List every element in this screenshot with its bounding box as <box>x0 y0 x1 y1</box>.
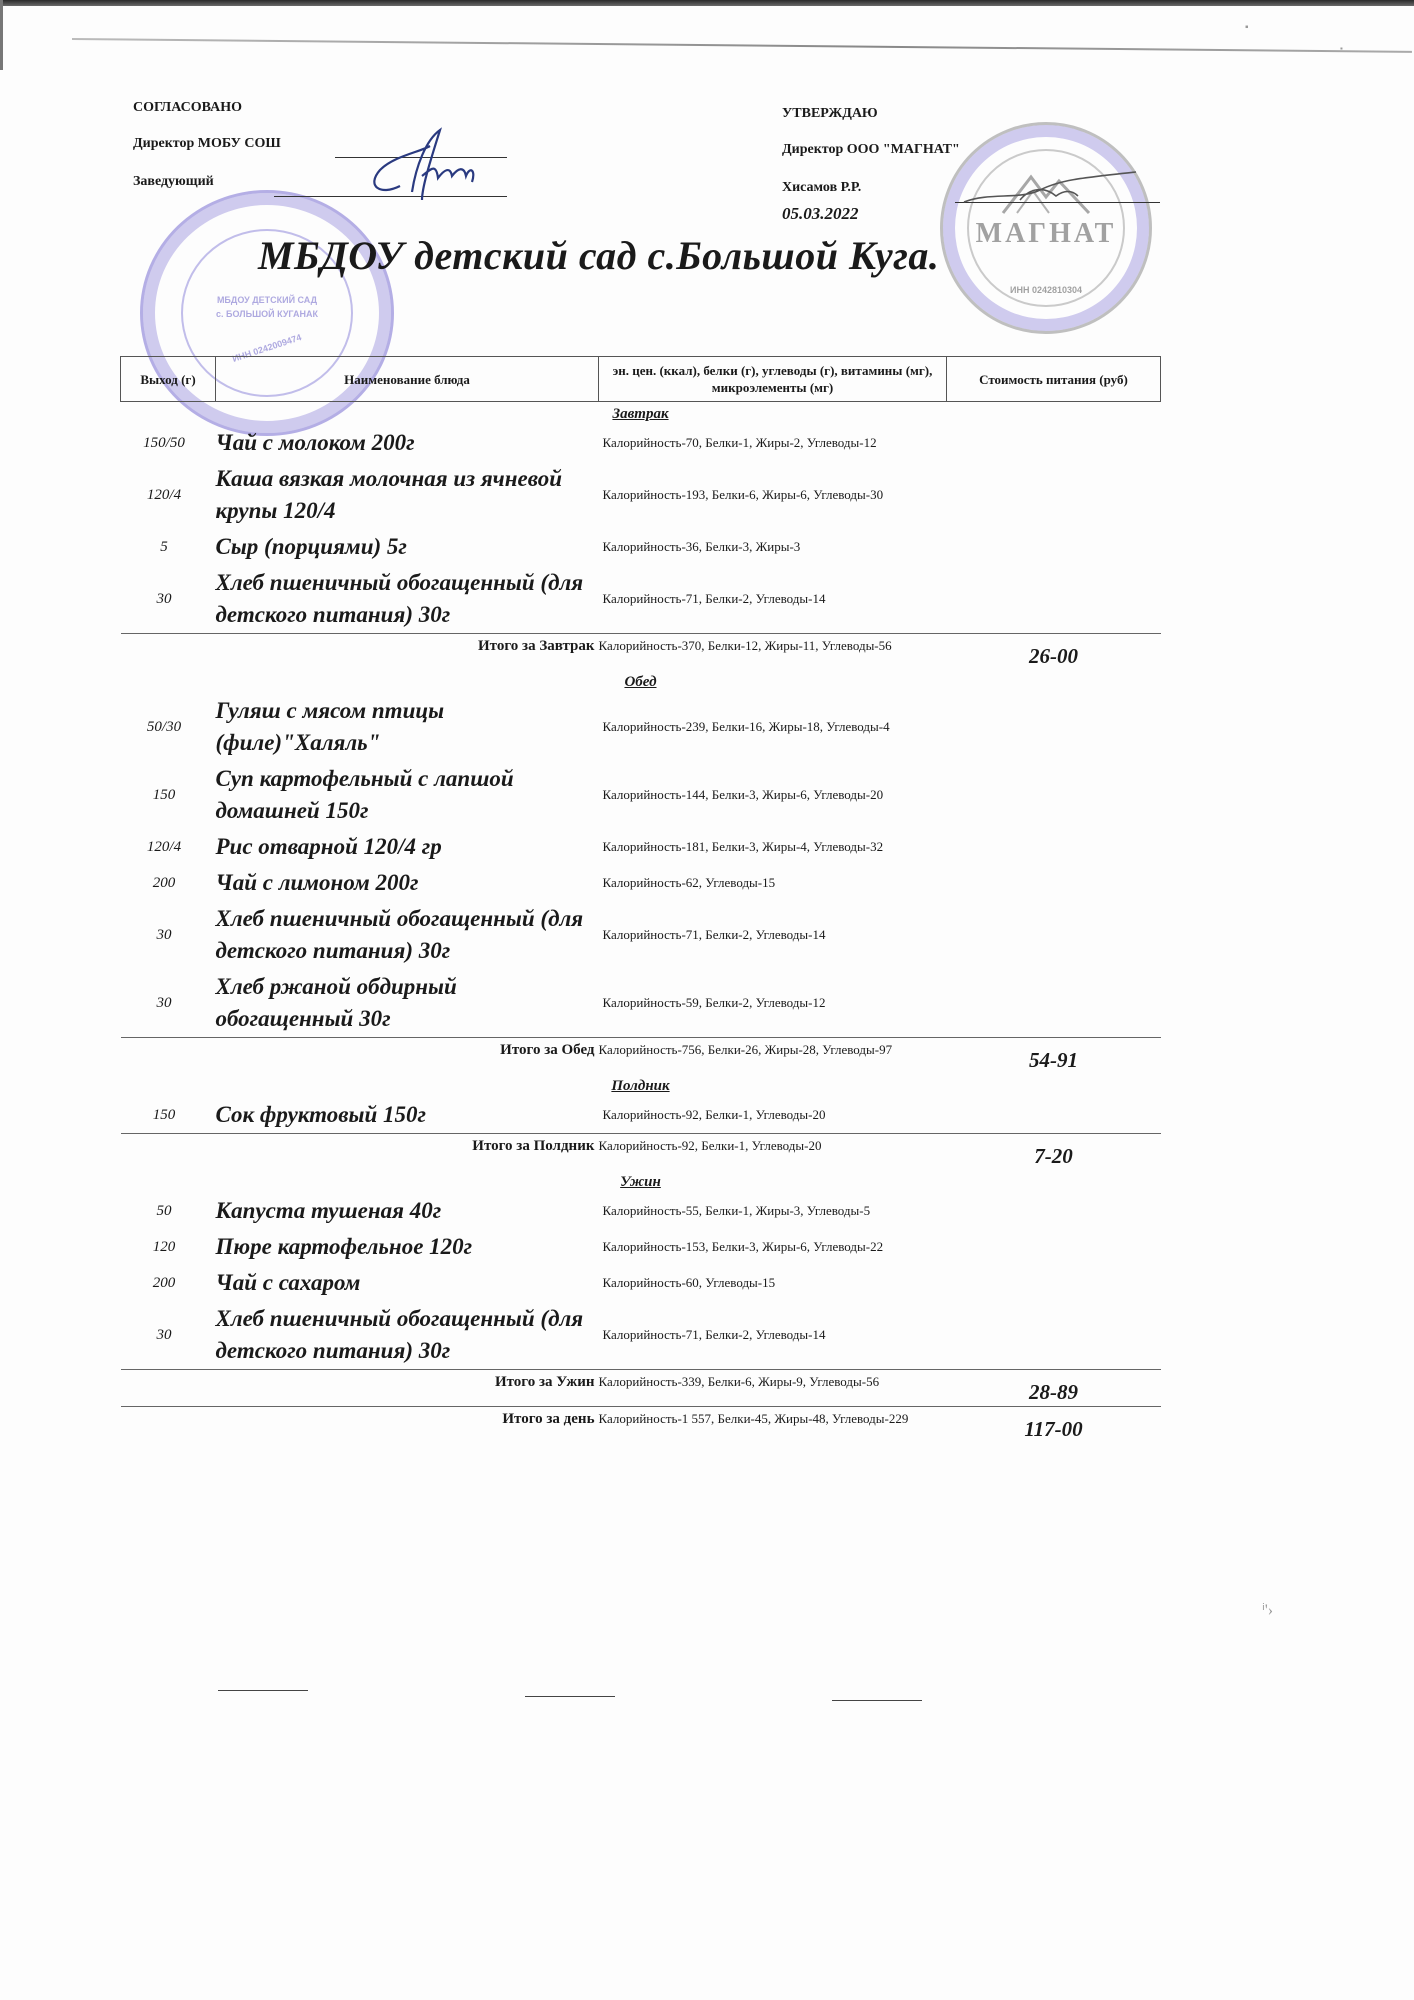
section-total-nutrition: Калорийность-756, Белки-26, Жиры-28, Угл… <box>599 1038 947 1075</box>
dish-output: 200 <box>121 865 216 901</box>
dish-output: 150 <box>121 1097 216 1134</box>
table-row: 150Суп картофельный с лапшой домашней 15… <box>121 761 1161 829</box>
table-row: 30Хлеб пшеничный обогащенный (для детско… <box>121 565 1161 634</box>
menu-table: Выход (г) Наименование блюда эн. цен. (к… <box>120 356 1161 1443</box>
footer-signature-dash-2 <box>525 1696 615 1697</box>
header-cost: Стоимость питания (руб) <box>947 357 1161 402</box>
director-company-label: Директор ООО "МАГНАТ" <box>782 142 960 158</box>
dish-cost <box>947 693 1161 761</box>
company-signature-icon <box>960 170 1140 210</box>
section-title: Завтрак <box>121 402 1161 426</box>
section-total-row: Итого за ПолдникКалорийность-92, Белки-1… <box>121 1134 1161 1171</box>
section-total-row: Итого за ОбедКалорийность-756, Белки-26,… <box>121 1038 1161 1075</box>
table-row: 50Капуста тушеная 40гКалорийность-55, Бе… <box>121 1193 1161 1229</box>
table-row: 150/50Чай с молоком 200гКалорийность-70,… <box>121 425 1161 461</box>
menu-body: Завтрак150/50Чай с молоком 200гКалорийно… <box>121 402 1161 1444</box>
dish-output: 150/50 <box>121 425 216 461</box>
dish-name: Хлеб ржаной обдирный обогащенный 30г <box>216 969 599 1038</box>
approval-date: 05.03.2022 <box>782 204 859 224</box>
section-header-row: Ужин <box>121 1170 1161 1193</box>
dish-name: Хлеб пшеничный обогащенный (для детского… <box>216 901 599 969</box>
header-nutrition: эн. цен. (ккал), белки (г), углеводы (г)… <box>599 357 947 402</box>
dish-output: 30 <box>121 1301 216 1370</box>
dish-name: Сок фруктовый 150г <box>216 1097 599 1134</box>
dish-cost <box>947 1301 1161 1370</box>
dish-output: 150 <box>121 761 216 829</box>
dish-nutrition: Калорийность-60, Углеводы-15 <box>599 1265 947 1301</box>
table-row: 30Хлеб пшеничный обогащенный (для детско… <box>121 901 1161 969</box>
table-row: 120/4Каша вязкая молочная из ячневой кру… <box>121 461 1161 529</box>
dish-name: Каша вязкая молочная из ячневой крупы 12… <box>216 461 599 529</box>
table-row: 30Хлеб ржаной обдирный обогащенный 30гКа… <box>121 969 1161 1038</box>
director-name: Хисамов Р.Р. <box>782 180 861 196</box>
head-label: Заведующий <box>133 174 214 190</box>
dish-cost <box>947 865 1161 901</box>
scan-edge-top <box>0 0 1414 6</box>
dish-nutrition: Калорийность-153, Белки-3, Жиры-6, Углев… <box>599 1229 947 1265</box>
section-total-cost: 26-00 <box>947 634 1161 671</box>
dish-cost <box>947 901 1161 969</box>
table-row: 200Чай с сахаромКалорийность-60, Углевод… <box>121 1265 1161 1301</box>
dish-nutrition: Калорийность-62, Углеводы-15 <box>599 865 947 901</box>
section-header-row: Обед <box>121 670 1161 693</box>
table-row: 30Хлеб пшеничный обогащенный (для детско… <box>121 1301 1161 1370</box>
dish-output: 120 <box>121 1229 216 1265</box>
table-row: 5Сыр (порциями) 5гКалорийность-36, Белки… <box>121 529 1161 565</box>
dish-output: 120/4 <box>121 461 216 529</box>
dish-name: Суп картофельный с лапшой домашней 150г <box>216 761 599 829</box>
section-total-label: Итого за Обед <box>121 1038 599 1075</box>
section-total-label: Итого за Ужин <box>121 1370 599 1407</box>
section-total-row: Итого за ЗавтракКалорийность-370, Белки-… <box>121 634 1161 671</box>
dish-name: Гуляш с мясом птицы (филе)"Халяль" <box>216 693 599 761</box>
section-total-cost: 28-89 <box>947 1370 1161 1407</box>
scan-edge-left <box>0 0 3 70</box>
dish-cost <box>947 1193 1161 1229</box>
section-title: Полдник <box>121 1074 1161 1097</box>
footer-signature-dash-3 <box>832 1700 922 1701</box>
footer-signature-dash-1 <box>218 1690 308 1691</box>
dish-output: 30 <box>121 969 216 1038</box>
dish-cost <box>947 829 1161 865</box>
dish-name: Сыр (порциями) 5г <box>216 529 599 565</box>
stamp-text-line1: МБДОУ ДЕТСКИЙ САД <box>143 295 391 306</box>
dish-output: 30 <box>121 901 216 969</box>
dish-cost <box>947 425 1161 461</box>
day-total-nutrition: Калорийность-1 557, Белки-45, Жиры-48, У… <box>599 1407 947 1444</box>
dish-nutrition: Калорийность-181, Белки-3, Жиры-4, Углев… <box>599 829 947 865</box>
dish-name: Чай с сахаром <box>216 1265 599 1301</box>
day-total-cost: 117-00 <box>947 1407 1161 1444</box>
section-total-nutrition: Калорийность-370, Белки-12, Жиры-11, Угл… <box>599 634 947 671</box>
signature-icon <box>360 126 490 204</box>
section-total-nutrition: Калорийность-92, Белки-1, Углеводы-20 <box>599 1134 947 1171</box>
dish-output: 120/4 <box>121 829 216 865</box>
dish-nutrition: Калорийность-92, Белки-1, Углеводы-20 <box>599 1097 947 1134</box>
dish-cost <box>947 565 1161 634</box>
dish-nutrition: Калорийность-239, Белки-16, Жиры-18, Угл… <box>599 693 947 761</box>
table-header-row: Выход (г) Наименование блюда эн. цен. (к… <box>121 357 1161 402</box>
dish-nutrition: Калорийность-59, Белки-2, Углеводы-12 <box>599 969 947 1038</box>
section-total-label: Итого за Завтрак <box>121 634 599 671</box>
dish-name: Пюре картофельное 120г <box>216 1229 599 1265</box>
dish-cost <box>947 529 1161 565</box>
dish-nutrition: Калорийность-70, Белки-1, Жиры-2, Углево… <box>599 425 947 461</box>
dish-nutrition: Калорийность-71, Белки-2, Углеводы-14 <box>599 1301 947 1370</box>
dish-name: Рис отварной 120/4 гр <box>216 829 599 865</box>
dish-cost <box>947 1265 1161 1301</box>
dish-name: Хлеб пшеничный обогащенный (для детского… <box>216 565 599 634</box>
day-total-label: Итого за день <box>121 1407 599 1444</box>
scan-speck: ⁱ'› <box>1262 1600 1273 1620</box>
section-header-row: Полдник <box>121 1074 1161 1097</box>
scan-artifact-line <box>72 38 1412 53</box>
section-total-cost: 54-91 <box>947 1038 1161 1075</box>
scan-speck: ▪ <box>1245 22 1249 33</box>
dish-cost <box>947 1097 1161 1134</box>
table-row: 120Пюре картофельное 120гКалорийность-15… <box>121 1229 1161 1265</box>
dish-cost <box>947 761 1161 829</box>
table-row: 150Сок фруктовый 150гКалорийность-92, Бе… <box>121 1097 1161 1134</box>
dish-name: Хлеб пшеничный обогащенный (для детского… <box>216 1301 599 1370</box>
stamp-brand: МАГНАТ <box>943 219 1149 249</box>
dish-nutrition: Калорийность-71, Белки-2, Углеводы-14 <box>599 565 947 634</box>
dish-output: 50/30 <box>121 693 216 761</box>
scan-speck: ▪ <box>1340 44 1343 53</box>
dish-name: Капуста тушеная 40г <box>216 1193 599 1229</box>
dish-output: 200 <box>121 1265 216 1301</box>
dish-nutrition: Калорийность-193, Белки-6, Жиры-6, Углев… <box>599 461 947 529</box>
section-total-nutrition: Калорийность-339, Белки-6, Жиры-9, Углев… <box>599 1370 947 1407</box>
dish-name: Чай с молоком 200г <box>216 425 599 461</box>
section-total-cost: 7-20 <box>947 1134 1161 1171</box>
section-title: Обед <box>121 670 1161 693</box>
dish-name: Чай с лимоном 200г <box>216 865 599 901</box>
table-row: 200Чай с лимоном 200гКалорийность-62, Уг… <box>121 865 1161 901</box>
table-row: 50/30 Гуляш с мясом птицы (филе)"Халяль"… <box>121 693 1161 761</box>
header-output: Выход (г) <box>121 357 216 402</box>
company-stamp: МАГНАТ ИНН 0242810304 <box>940 122 1152 334</box>
dish-nutrition: Калорийность-71, Белки-2, Углеводы-14 <box>599 901 947 969</box>
section-title: Ужин <box>121 1170 1161 1193</box>
section-total-label: Итого за Полдник <box>121 1134 599 1171</box>
section-total-row: Итого за УжинКалорийность-339, Белки-6, … <box>121 1370 1161 1407</box>
section-header-row: Завтрак <box>121 402 1161 426</box>
header-dish-name: Наименование блюда <box>216 357 599 402</box>
dish-cost <box>947 1229 1161 1265</box>
dish-cost <box>947 461 1161 529</box>
document-title: МБДОУ детский сад с.Большой Куга. <box>258 232 939 279</box>
stamp-inn: ИНН 0242810304 <box>943 285 1149 296</box>
dish-output: 5 <box>121 529 216 565</box>
dish-nutrition: Калорийность-144, Белки-3, Жиры-6, Углев… <box>599 761 947 829</box>
dish-output: 30 <box>121 565 216 634</box>
agreed-label: СОГЛАСОВАНО <box>133 100 242 116</box>
dish-nutrition: Калорийность-36, Белки-3, Жиры-3 <box>599 529 947 565</box>
dish-cost <box>947 969 1161 1038</box>
day-total-row: Итого за деньКалорийность-1 557, Белки-4… <box>121 1407 1161 1444</box>
approve-label: УТВЕРЖДАЮ <box>782 106 878 122</box>
table-row: 120/4Рис отварной 120/4 грКалорийность-1… <box>121 829 1161 865</box>
dish-nutrition: Калорийность-55, Белки-1, Жиры-3, Углево… <box>599 1193 947 1229</box>
director-school-label: Директор МОБУ СОШ <box>133 136 281 152</box>
dish-output: 50 <box>121 1193 216 1229</box>
